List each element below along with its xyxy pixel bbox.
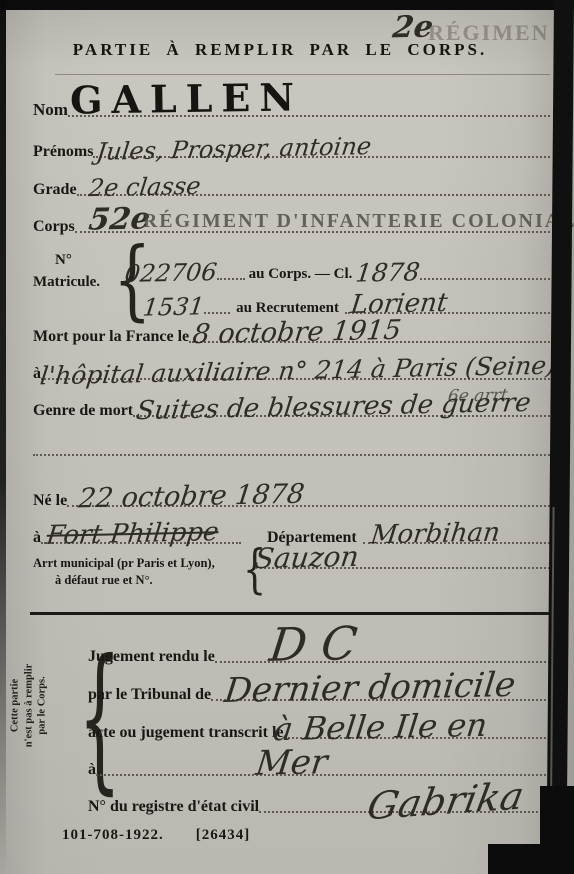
- genre-mort-value: Suites de blessures de guerre: [135, 388, 533, 426]
- matricule-label: Matricule.: [33, 274, 100, 291]
- lieu-deces-dotted-line: l'hôpital auxiliaire n° 214 à Paris (Sei…: [41, 378, 550, 380]
- tribunal-label: par le Tribunal de: [88, 686, 211, 704]
- grade-dotted-line: 2e classe: [77, 194, 550, 196]
- jugement-rendu-label: Jugement rendu le: [88, 648, 215, 666]
- registre-dotted-line: Gabrika: [259, 811, 550, 813]
- prenoms-label: Prénoms: [33, 143, 93, 161]
- transcrit-label: acte ou jugement transcrit le: [88, 724, 284, 742]
- grade-value: 2e classe: [87, 172, 202, 202]
- mort-date-value: 8 octobre 1915: [191, 315, 403, 350]
- nom-value: GALLEN: [70, 74, 304, 122]
- transcrit-a-dotted-line: Mer: [96, 774, 550, 776]
- nom-dotted-line: GALLEN: [68, 115, 550, 117]
- section-separator: [30, 612, 556, 615]
- tribunal-dotted-line: Dernier domicile: [211, 699, 550, 701]
- lieu-naissance-dotted-line: Fort Philippe: [41, 542, 241, 544]
- registre-signature: Gabrika: [364, 774, 528, 829]
- transcrit-dotted-line: à Belle Ile en: [284, 737, 551, 739]
- departement-dotted-line: Morbihan: [363, 542, 550, 544]
- jugement-rendu-dotted-line: D C: [215, 661, 550, 663]
- footer-code: [26434]: [196, 827, 251, 843]
- arr-municipal-value: Sauzon: [253, 540, 361, 575]
- corps-label: Corps: [33, 218, 75, 236]
- matricule-no-label: N°: [55, 252, 72, 269]
- departement-value: Morbihan: [369, 518, 502, 551]
- scanned-military-death-record: 2e RÉGIMEN PARTIE À REMPLIR PAR LE CORPS…: [0, 0, 574, 874]
- scan-edge-right: [546, 0, 574, 874]
- arr-municipal-label-line2: à défaut rue et N°.: [55, 572, 550, 589]
- scan-edge-corner: [488, 844, 574, 874]
- lieu-naissance-value-struck: Fort Philippe: [45, 517, 220, 551]
- transcrit-a-value: Mer: [254, 742, 330, 783]
- matricule-classe: 1878: [355, 257, 422, 287]
- scan-edge-top: [0, 0, 574, 10]
- jugement-rendu-value: D C: [266, 616, 359, 672]
- registre-label: N° du registre d'état civil: [88, 798, 259, 816]
- transcrit-a-label: à: [88, 761, 96, 779]
- prenoms-dotted-line: Jules, Prosper, antoine: [93, 156, 550, 158]
- genre-mort-dotted-line: Suites de blessures de guerre: [133, 415, 550, 417]
- matricule-numero-corps: 022706: [123, 258, 218, 288]
- ne-le-value: 22 octobre 1878: [77, 479, 306, 515]
- matricule-dotseg-2: [204, 312, 230, 314]
- tribunal-value: Dernier domicile: [222, 665, 517, 711]
- lieu-naissance-label: à: [33, 529, 41, 547]
- mort-label: Mort pour la France le: [33, 328, 189, 346]
- matricule-lineA-fill: [420, 278, 550, 280]
- prenoms-value: Jules, Prosper, antoine: [95, 132, 373, 166]
- ne-le-dotted-line: 22 octobre 1878: [67, 505, 550, 507]
- genre-mort-label: Genre de mort: [33, 402, 133, 420]
- side-note-line1: Cette partie: [9, 640, 23, 770]
- footer-form-reference: 101-708-1922.: [62, 827, 164, 843]
- matricule-dotseg-1: [217, 278, 245, 280]
- side-note-line3: par le Corps.: [36, 640, 50, 770]
- side-note-line2: n'est pas à remplir: [22, 640, 36, 770]
- empty-dotted-line: [33, 454, 550, 456]
- au-corps-label: au Corps. — Cl.: [249, 266, 353, 283]
- arr-municipal-dotted-line: Sauzon: [255, 567, 550, 569]
- scan-edge-corner-upper: [540, 786, 574, 846]
- mort-dotted-line: 8 octobre 1915: [189, 341, 550, 343]
- side-note: Cette partie n'est pas à remplir par le …: [9, 640, 50, 770]
- nom-label: Nom: [33, 100, 68, 120]
- matricule-numero-recrutement: 1531: [141, 292, 206, 321]
- scan-edge-left: [0, 0, 6, 874]
- grade-label: Grade: [33, 181, 77, 199]
- ne-le-label: Né le: [33, 492, 67, 510]
- lieu-deces-value: l'hôpital auxiliaire n° 214 à Paris (Sei…: [39, 351, 558, 391]
- au-recrutement-label: au Recrutement: [236, 300, 339, 317]
- form-title: PARTIE À REMPLIR PAR LE CORPS.: [20, 40, 540, 60]
- matricule-lineB-fill: Lorient: [345, 312, 550, 314]
- corps-regiment-stamp: RÉGIMENT D'INFANTERIE COLONIALE: [143, 210, 574, 233]
